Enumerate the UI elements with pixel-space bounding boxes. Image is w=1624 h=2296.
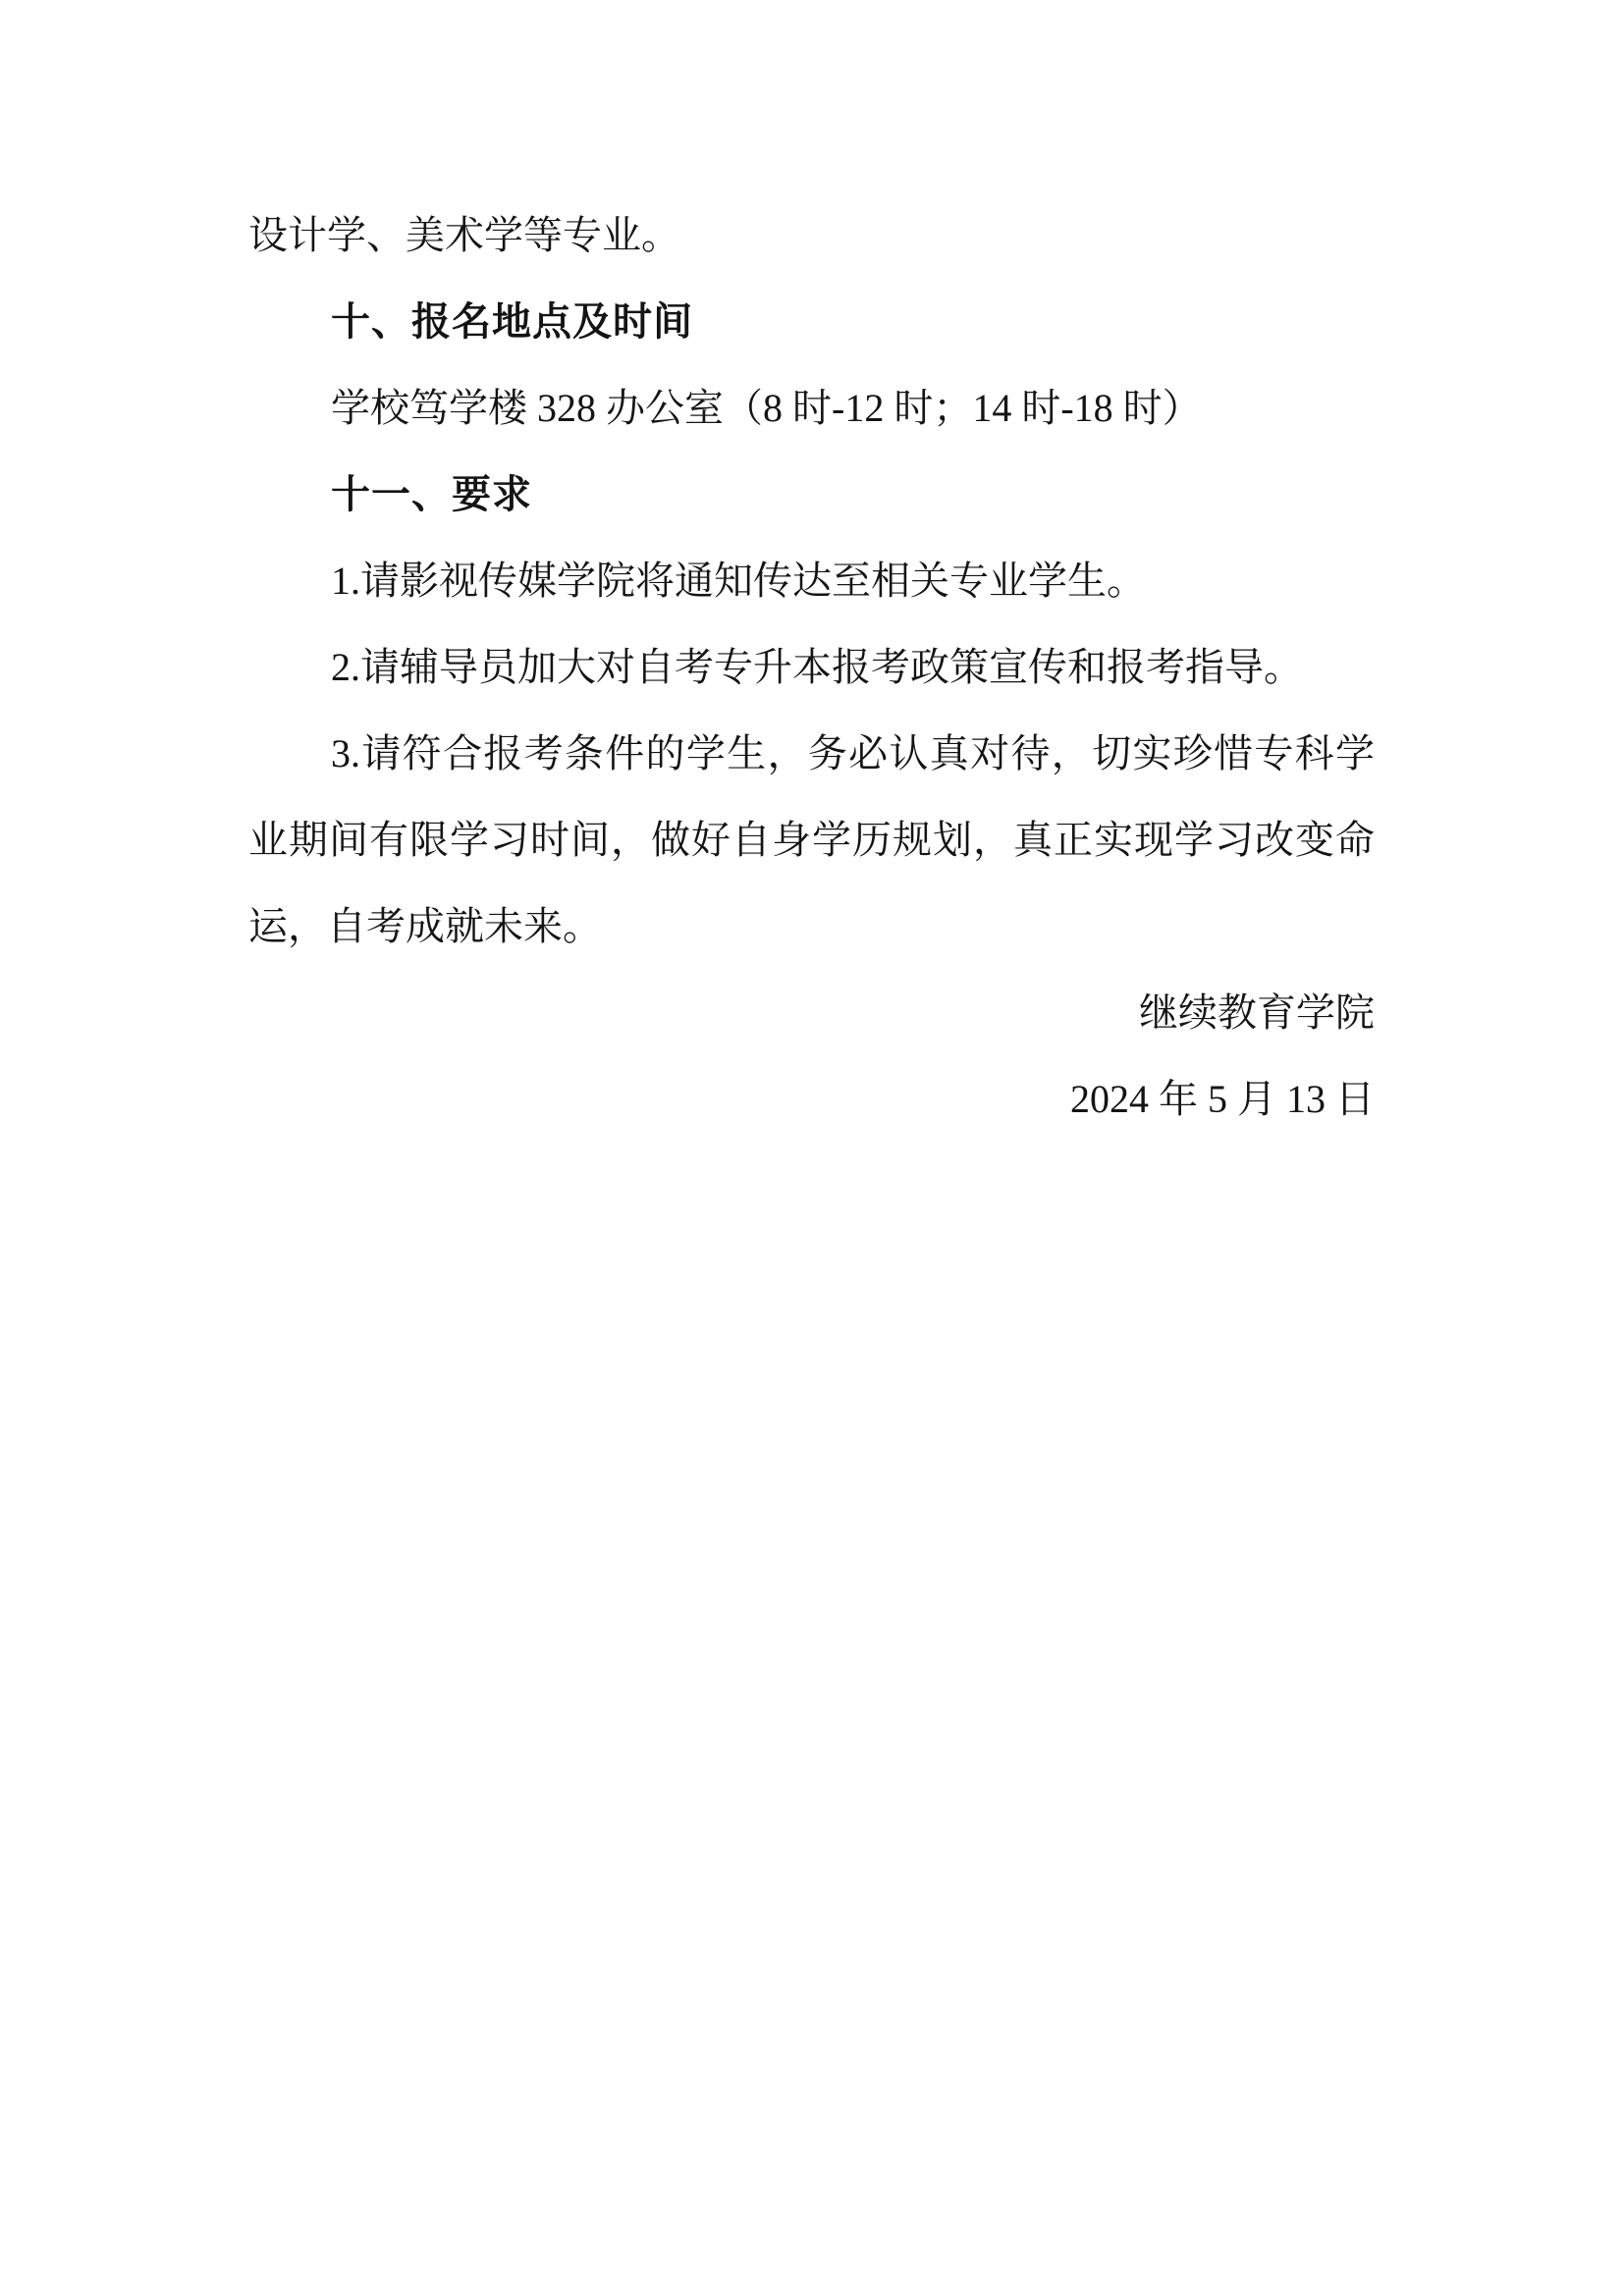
document-page: 设计学、美术学等专业。 十、报名地点及时间 学校笃学楼 328 办公室（8 时-… [0, 0, 1624, 2296]
section-10-heading: 十、报名地点及时间 [248, 279, 1375, 365]
continuation-paragraph: 设计学、美术学等专业。 [248, 192, 1375, 279]
registration-location-line: 学校笃学楼 328 办公室（8 时-12 时；14 时-18 时） [248, 365, 1375, 452]
requirement-item-1: 1.请影视传媒学院将通知传达至相关专业学生。 [248, 538, 1375, 624]
requirement-item-3: 3.请符合报考条件的学生，务必认真对待，切实珍惜专科学业期间有限学习时间，做好自… [248, 711, 1375, 970]
signature-organization: 继续教育学院 [248, 970, 1375, 1056]
requirement-item-2: 2.请辅导员加大对自考专升本报考政策宣传和报考指导。 [248, 624, 1375, 711]
section-11-heading: 十一、要求 [248, 452, 1375, 538]
document-body: 设计学、美术学等专业。 十、报名地点及时间 学校笃学楼 328 办公室（8 时-… [248, 192, 1375, 1143]
signature-date: 2024 年 5 月 13 日 [248, 1056, 1375, 1143]
